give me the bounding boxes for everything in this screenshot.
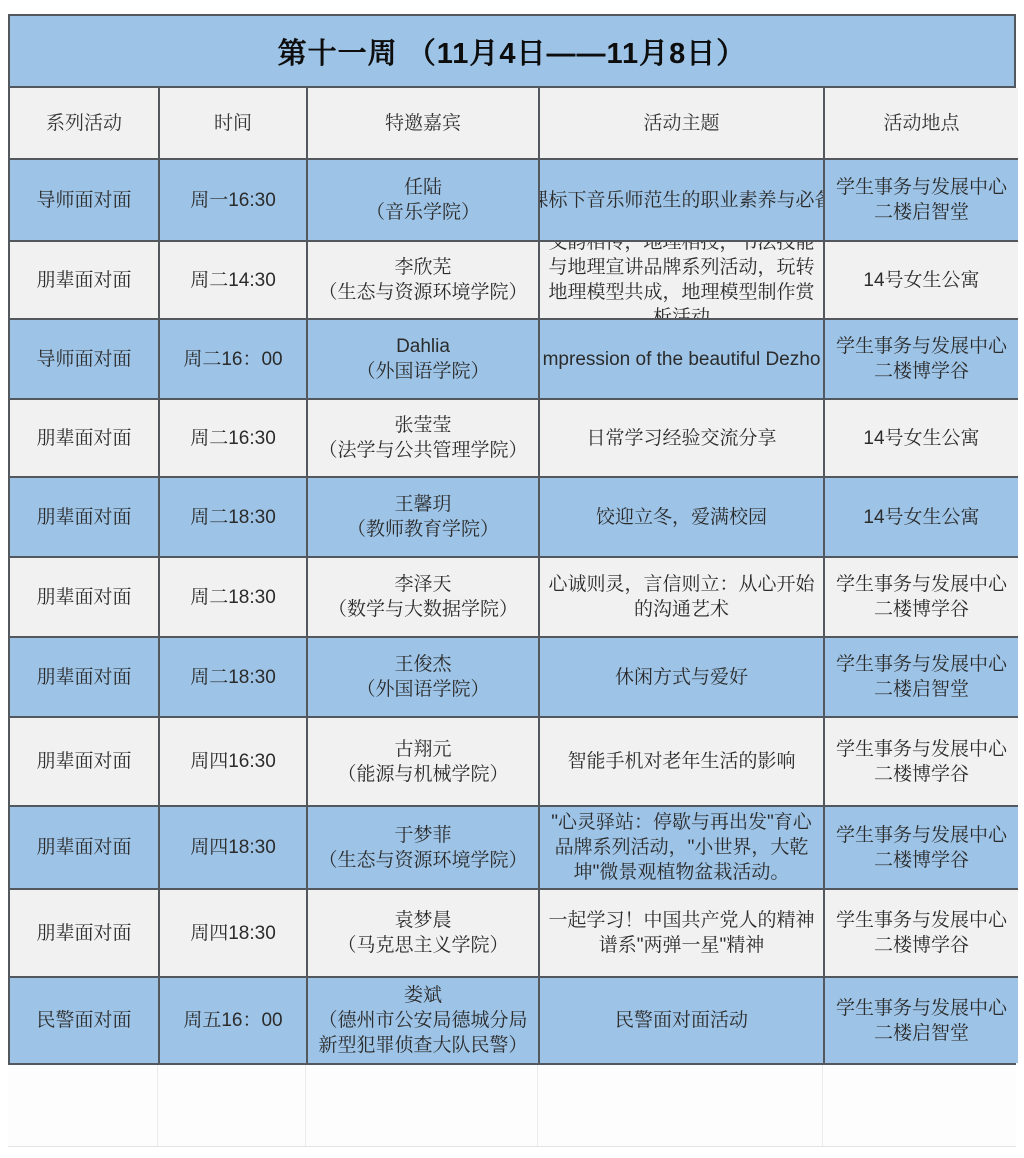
guest-name: 王馨玥 [394, 492, 451, 517]
cell-location: 学生事务与发展中心二楼启智堂 [825, 160, 1018, 242]
schedule-page: 第十一周 （11月4日——11月8日） 系列活动 时间 特邀嘉宾 活动主题 活动… [0, 0, 1024, 1158]
cell-guest: 古翔元（能源与机械学院） [308, 718, 540, 807]
theme-text: 智能手机对老年生活的影响 [567, 749, 795, 774]
cell-series: 民警面对面 [10, 978, 160, 1063]
cell-location: 14号女生公寓 [825, 242, 1018, 320]
cell-series: 朋辈面对面 [10, 890, 160, 978]
theme-text: 饺迎立冬，爱满校园 [596, 505, 767, 530]
guest-name: 娄斌 [404, 983, 442, 1008]
table-row: 导师面对面周一16:30任陆（音乐学院）课标下音乐师范生的职业素养与必备学生事务… [10, 160, 1014, 242]
cell-location: 学生事务与发展中心二楼启智堂 [825, 978, 1018, 1063]
cell-guest: 娄斌（德州市公安局德城分局新型犯罪侦查大队民警） [308, 978, 540, 1063]
cell-series: 朋辈面对面 [10, 718, 160, 807]
cell-theme: 课标下音乐师范生的职业素养与必备 [540, 160, 825, 242]
empty-cell [8, 1065, 158, 1146]
cell-guest: 李泽天（数学与大数据学院） [308, 558, 540, 638]
table-row: 朋辈面对面周四18:30袁梦晨（马克思主义学院）一起学习！中国共产党人的精神谱系… [10, 890, 1014, 978]
cell-location: 学生事务与发展中心二楼博学谷 [825, 558, 1018, 638]
guest-name: 李泽天 [394, 572, 451, 597]
cell-theme: 文韵相传，地理相授，书法技能与地理宣讲品牌系列活动，玩转地理模型共成，地理模型制… [540, 242, 825, 320]
cell-time: 周一16:30 [160, 160, 308, 242]
cell-time: 周四16:30 [160, 718, 308, 807]
theme-text: 休闲方式与爱好 [615, 665, 748, 690]
table-title: 第十一周 （11月4日——11月8日） [10, 16, 1014, 88]
column-header-time: 时间 [160, 88, 308, 160]
theme-text: 文韵相传，地理相授，书法技能与地理宣讲品牌系列活动，玩转地理模型共成，地理模型制… [542, 242, 821, 320]
cell-location: 14号女生公寓 [825, 478, 1018, 558]
cell-series: 朋辈面对面 [10, 638, 160, 718]
cell-location: 学生事务与发展中心二楼博学谷 [825, 320, 1018, 400]
cell-guest: 张莹莹（法学与公共管理学院） [308, 400, 540, 478]
cell-series: 朋辈面对面 [10, 400, 160, 478]
cell-series: 朋辈面对面 [10, 478, 160, 558]
cell-time: 周四18:30 [160, 807, 308, 890]
guest-affiliation: （能源与机械学院） [337, 762, 508, 787]
guest-name: 王俊杰 [394, 652, 451, 677]
theme-text: mpression of the beautiful Dezho [543, 347, 821, 372]
cell-guest: 王馨玥（教师教育学院） [308, 478, 540, 558]
cell-series: 导师面对面 [10, 160, 160, 242]
table-row: 朋辈面对面周二18:30王俊杰（外国语学院）休闲方式与爱好学生事务与发展中心二楼… [10, 638, 1014, 718]
cell-guest: 李欣芜（生态与资源环境学院） [308, 242, 540, 320]
table-row: 朋辈面对面周二14:30李欣芜（生态与资源环境学院）文韵相传，地理相授，书法技能… [10, 242, 1014, 320]
empty-cell [306, 1065, 538, 1146]
guest-affiliation: （马克思主义学院） [337, 933, 508, 958]
guest-name: 袁梦晨 [394, 908, 451, 933]
theme-text: 一起学习！中国共产党人的精神谱系"两弹一星"精神 [542, 908, 821, 958]
table-row: 导师面对面周二16：00Dahlia（外国语学院）mpression of th… [10, 320, 1014, 400]
cell-guest: 袁梦晨（马克思主义学院） [308, 890, 540, 978]
table-row: 朋辈面对面周四18:30于梦菲（生态与资源环境学院）"心灵驿站：停歇与再出发"育… [10, 807, 1014, 890]
cell-series: 朋辈面对面 [10, 558, 160, 638]
guest-name: Dahlia [396, 334, 450, 359]
guest-affiliation: （法学与公共管理学院） [318, 438, 527, 463]
empty-cell [158, 1065, 306, 1146]
cell-location: 学生事务与发展中心二楼博学谷 [825, 807, 1018, 890]
guest-affiliation: （外国语学院） [356, 677, 489, 702]
guest-affiliation: （数学与大数据学院） [328, 597, 518, 622]
empty-cell [823, 1065, 1016, 1146]
cell-location: 学生事务与发展中心二楼启智堂 [825, 638, 1018, 718]
cell-theme: mpression of the beautiful Dezho [540, 320, 825, 400]
column-header-theme: 活动主题 [540, 88, 825, 160]
cell-location: 学生事务与发展中心二楼博学谷 [825, 890, 1018, 978]
cell-guest: 王俊杰（外国语学院） [308, 638, 540, 718]
theme-text: 日常学习经验交流分享 [586, 426, 776, 451]
cell-theme: 日常学习经验交流分享 [540, 400, 825, 478]
guest-name: 古翔元 [394, 737, 451, 762]
schedule-table: 第十一周 （11月4日——11月8日） 系列活动 时间 特邀嘉宾 活动主题 活动… [8, 14, 1016, 1065]
table-row: 民警面对面周五16：00娄斌（德州市公安局德城分局新型犯罪侦查大队民警）民警面对… [10, 978, 1014, 1063]
cell-guest: Dahlia（外国语学院） [308, 320, 540, 400]
table-row: 朋辈面对面周二18:30李泽天（数学与大数据学院）心诚则灵，言信则立：从心开始的… [10, 558, 1014, 638]
cell-location: 学生事务与发展中心二楼博学谷 [825, 718, 1018, 807]
cell-time: 周二14:30 [160, 242, 308, 320]
guest-affiliation: （德州市公安局德城分局新型犯罪侦查大队民警） [311, 1008, 535, 1058]
guest-affiliation: （生态与资源环境学院） [318, 848, 527, 873]
guest-affiliation: （音乐学院） [366, 200, 480, 225]
theme-text: "心灵驿站：停歇与再出发"育心品牌系列活动，"小世界，大乾坤"微景观植物盆栽活动… [542, 810, 821, 885]
cell-series: 朋辈面对面 [10, 242, 160, 320]
cell-theme: 心诚则灵，言信则立：从心开始的沟通艺术 [540, 558, 825, 638]
guest-affiliation: （外国语学院） [356, 359, 489, 384]
empty-cell [538, 1065, 823, 1146]
cell-time: 周二16：00 [160, 320, 308, 400]
empty-row [8, 1065, 1016, 1147]
cell-time: 周四18:30 [160, 890, 308, 978]
cell-theme: 民警面对面活动 [540, 978, 825, 1063]
cell-series: 朋辈面对面 [10, 807, 160, 890]
table-row: 朋辈面对面周二18:30王馨玥（教师教育学院）饺迎立冬，爱满校园14号女生公寓 [10, 478, 1014, 558]
table-row: 朋辈面对面周二16:30张莹莹（法学与公共管理学院）日常学习经验交流分享14号女… [10, 400, 1014, 478]
cell-location: 14号女生公寓 [825, 400, 1018, 478]
column-header-series: 系列活动 [10, 88, 160, 160]
guest-name: 李欣芜 [394, 255, 451, 280]
cell-series: 导师面对面 [10, 320, 160, 400]
table-body: 导师面对面周一16:30任陆（音乐学院）课标下音乐师范生的职业素养与必备学生事务… [10, 160, 1014, 1063]
column-header-location: 活动地点 [825, 88, 1018, 160]
theme-text: 民警面对面活动 [615, 1008, 748, 1033]
guest-affiliation: （生态与资源环境学院） [318, 280, 527, 305]
cell-time: 周二18:30 [160, 558, 308, 638]
cell-theme: 一起学习！中国共产党人的精神谱系"两弹一星"精神 [540, 890, 825, 978]
cell-time: 周二16:30 [160, 400, 308, 478]
column-header-guest: 特邀嘉宾 [308, 88, 540, 160]
table-row: 朋辈面对面周四16:30古翔元（能源与机械学院）智能手机对老年生活的影响学生事务… [10, 718, 1014, 807]
cell-theme: "心灵驿站：停歇与再出发"育心品牌系列活动，"小世界，大乾坤"微景观植物盆栽活动… [540, 807, 825, 890]
cell-time: 周二18:30 [160, 638, 308, 718]
cell-guest: 于梦菲（生态与资源环境学院） [308, 807, 540, 890]
theme-text: 课标下音乐师范生的职业素养与必备 [540, 188, 825, 213]
cell-guest: 任陆（音乐学院） [308, 160, 540, 242]
cell-theme: 智能手机对老年生活的影响 [540, 718, 825, 807]
theme-text: 心诚则灵，言信则立：从心开始的沟通艺术 [542, 572, 821, 622]
cell-time: 周二18:30 [160, 478, 308, 558]
cell-time: 周五16：00 [160, 978, 308, 1063]
header-row: 系列活动 时间 特邀嘉宾 活动主题 活动地点 [10, 88, 1014, 160]
guest-name: 张莹莹 [394, 413, 451, 438]
guest-name: 于梦菲 [394, 823, 451, 848]
cell-theme: 休闲方式与爱好 [540, 638, 825, 718]
cell-theme: 饺迎立冬，爱满校园 [540, 478, 825, 558]
guest-affiliation: （教师教育学院） [347, 517, 499, 542]
guest-name: 任陆 [404, 175, 442, 200]
